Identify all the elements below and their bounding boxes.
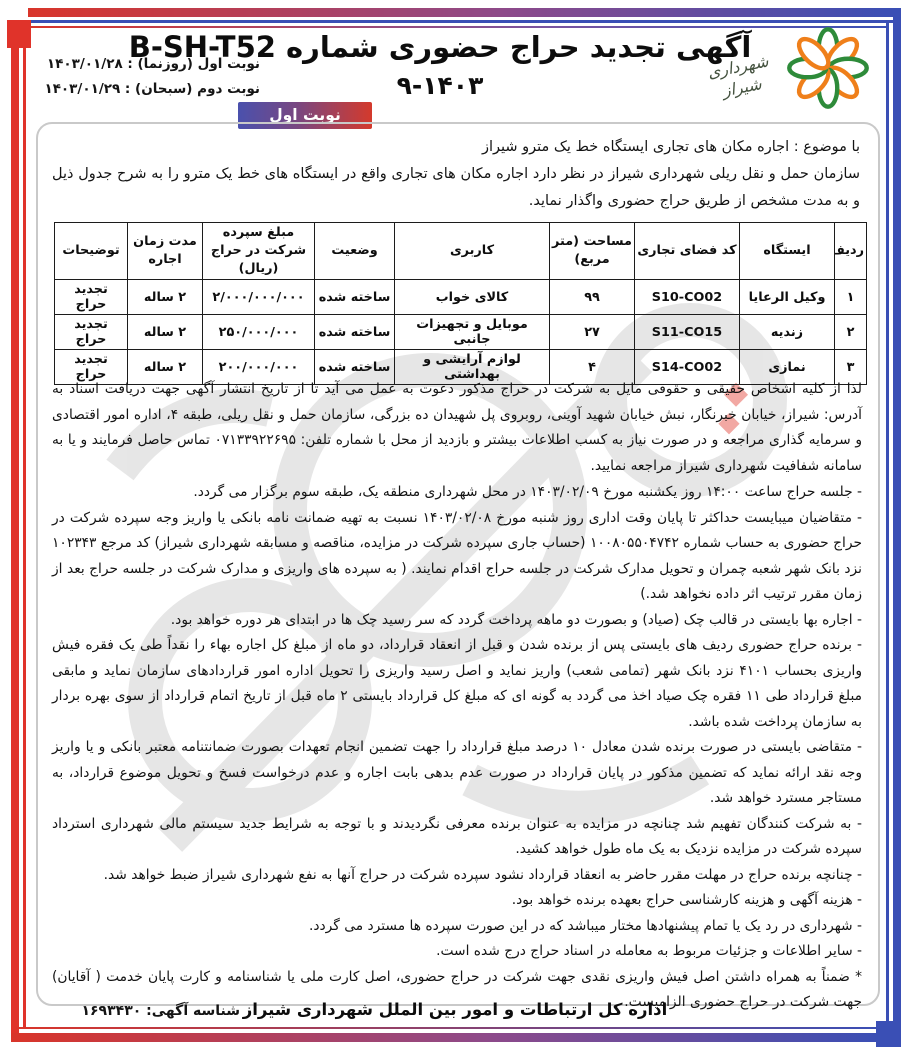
- auction-table-wrap: ردیفایستگاهکد فضای تجاریمساحت (متر مربع)…: [54, 222, 866, 385]
- table-cell: ۲۷: [550, 315, 635, 350]
- ad-identifier: شناسه آگهی: ۱۶۹۳۴۳۰: [50, 1003, 240, 1019]
- flower-logo-icon: [784, 22, 872, 114]
- frame-left-thin-line: [23, 30, 26, 1029]
- term-item: - به شرکت کنندگان تفهیم شد چنانچه در مزا…: [52, 812, 862, 863]
- shiraz-municipality-logo: شهرداری شیراز: [690, 22, 880, 118]
- table-cell: موبایل و تجهیزات جانبی: [395, 315, 550, 350]
- issuing-department: اداره کل ارتباطات و امور بین الملل شهردا…: [155, 1000, 755, 1019]
- term-item: - چنانچه برنده حراج در مهلت مقرر حاضر به…: [52, 863, 862, 889]
- logo-calligraphy-text: شهرداری شیراز: [689, 47, 791, 107]
- terms-list: - جلسه حراج ساعت ۱۴:۰۰ روز یکشنبه مورخ ۱…: [52, 480, 862, 965]
- table-cell: S11-CO15: [635, 315, 740, 350]
- term-item: - سایر اطلاعات و جزئیات مربوط به معامله …: [52, 939, 862, 965]
- auction-table: ردیفایستگاهکد فضای تجاریمساحت (متر مربع)…: [54, 222, 867, 385]
- column-header: ایستگاه: [740, 223, 835, 280]
- ad-id-value: ۱۶۹۳۴۳۰: [81, 1003, 141, 1019]
- term-item: - شهرداری در رد یک یا تمام پیشنهادها مخت…: [52, 914, 862, 940]
- frame-corner-top-left: [7, 20, 31, 48]
- table-cell: ۲۵۰/۰۰۰/۰۰۰: [203, 315, 315, 350]
- column-header: مدت زمان اجاره: [128, 223, 203, 280]
- column-header: وضعیت: [315, 223, 395, 280]
- table-cell: ساخته شده: [315, 315, 395, 350]
- table-header-row: ردیفایستگاهکد فضای تجاریمساحت (متر مربع)…: [55, 223, 867, 280]
- table-cell: تجدید حراج: [55, 315, 128, 350]
- table-cell: ۲ ساله: [128, 315, 203, 350]
- ad-title-line1: آگهی تجدید حراج حضوری شماره B-SH-T52: [120, 30, 760, 64]
- table-row: ۱وکیل الرعایاS10-CO02۹۹کالای خوابساخته ش…: [55, 280, 867, 315]
- frame-bottom-line: [16, 1027, 878, 1029]
- frame-right-line: [893, 8, 901, 1047]
- column-header: کد فضای تجاری: [635, 223, 740, 280]
- term-item: - متقاضی بایستی در صورت برنده شدن معادل …: [52, 735, 862, 812]
- column-header: کاربری: [395, 223, 550, 280]
- frame-bottom-bar: [11, 1033, 881, 1042]
- term-item: - متقاضیان میبایست حداکثر تا پایان وقت ا…: [52, 506, 862, 608]
- table-cell: تجدید حراج: [55, 280, 128, 315]
- term-item: - جلسه حراج ساعت ۱۴:۰۰ روز یکشنبه مورخ ۱…: [52, 480, 862, 506]
- table-cell: زندیه: [740, 315, 835, 350]
- term-item: - اجاره بها بایستی در قالب چک (صیاد) و ب…: [52, 608, 862, 634]
- frame-top-bar: [28, 8, 896, 17]
- subject-intro: با موضوع : اجاره مکان های تجاری ایستگاه …: [52, 134, 860, 215]
- frame-right-thin-line: [886, 22, 889, 1029]
- column-header: مساحت (متر مربع): [550, 223, 635, 280]
- table-cell: ۲: [835, 315, 867, 350]
- ad-id-label: شناسه آگهی:: [146, 1003, 240, 1019]
- table-cell: ساخته شده: [315, 280, 395, 315]
- column-header: توضیحات: [55, 223, 128, 280]
- table-cell: ۱: [835, 280, 867, 315]
- column-header: ردیف: [835, 223, 867, 280]
- frame-left-line: [11, 46, 19, 1041]
- terms-paragraph: لذا از کلیه اشخاص حقیقی و حقوقی مایل به …: [52, 377, 862, 479]
- terms-section: لذا از کلیه اشخاص حقیقی و حقوقی مایل به …: [52, 377, 862, 1017]
- table-cell: کالای خواب: [395, 280, 550, 315]
- subject-line: با موضوع : اجاره مکان های تجاری ایستگاه …: [52, 134, 860, 161]
- ad-title: آگهی تجدید حراج حضوری شماره B-SH-T52 ۹-۱…: [120, 30, 760, 100]
- term-item: - برنده حراج حضوری ردیف های بایستی پس از…: [52, 633, 862, 735]
- table-cell: ۹۹: [550, 280, 635, 315]
- table-row: ۲زندیهS11-CO15۲۷موبایل و تجهیزات جانبیسا…: [55, 315, 867, 350]
- frame-corner-bottom-right: [876, 1021, 901, 1047]
- term-item: - هزینه آگهی و هزینه کارشناسی حراج بعهده…: [52, 888, 862, 914]
- table-cell: وکیل الرعایا: [740, 280, 835, 315]
- table-cell: S10-CO02: [635, 280, 740, 315]
- auction-advertisement-page: نوبت اول (روزنما) : ۱۴۰۳/۰۱/۲۸ نوبت دوم …: [0, 0, 910, 1050]
- intro-body: سازمان حمل و نقل ریلی شهرداری شیراز در ن…: [52, 161, 860, 215]
- ad-title-line2: ۹-۱۴۰۳: [120, 71, 760, 100]
- auction-table-body: ۱وکیل الرعایاS10-CO02۹۹کالای خوابساخته ش…: [55, 280, 867, 385]
- table-cell: ۲/۰۰۰/۰۰۰/۰۰۰: [203, 280, 315, 315]
- column-header: مبلغ سپرده شرکت در حراج (ریال): [203, 223, 315, 280]
- table-cell: ۲ ساله: [128, 280, 203, 315]
